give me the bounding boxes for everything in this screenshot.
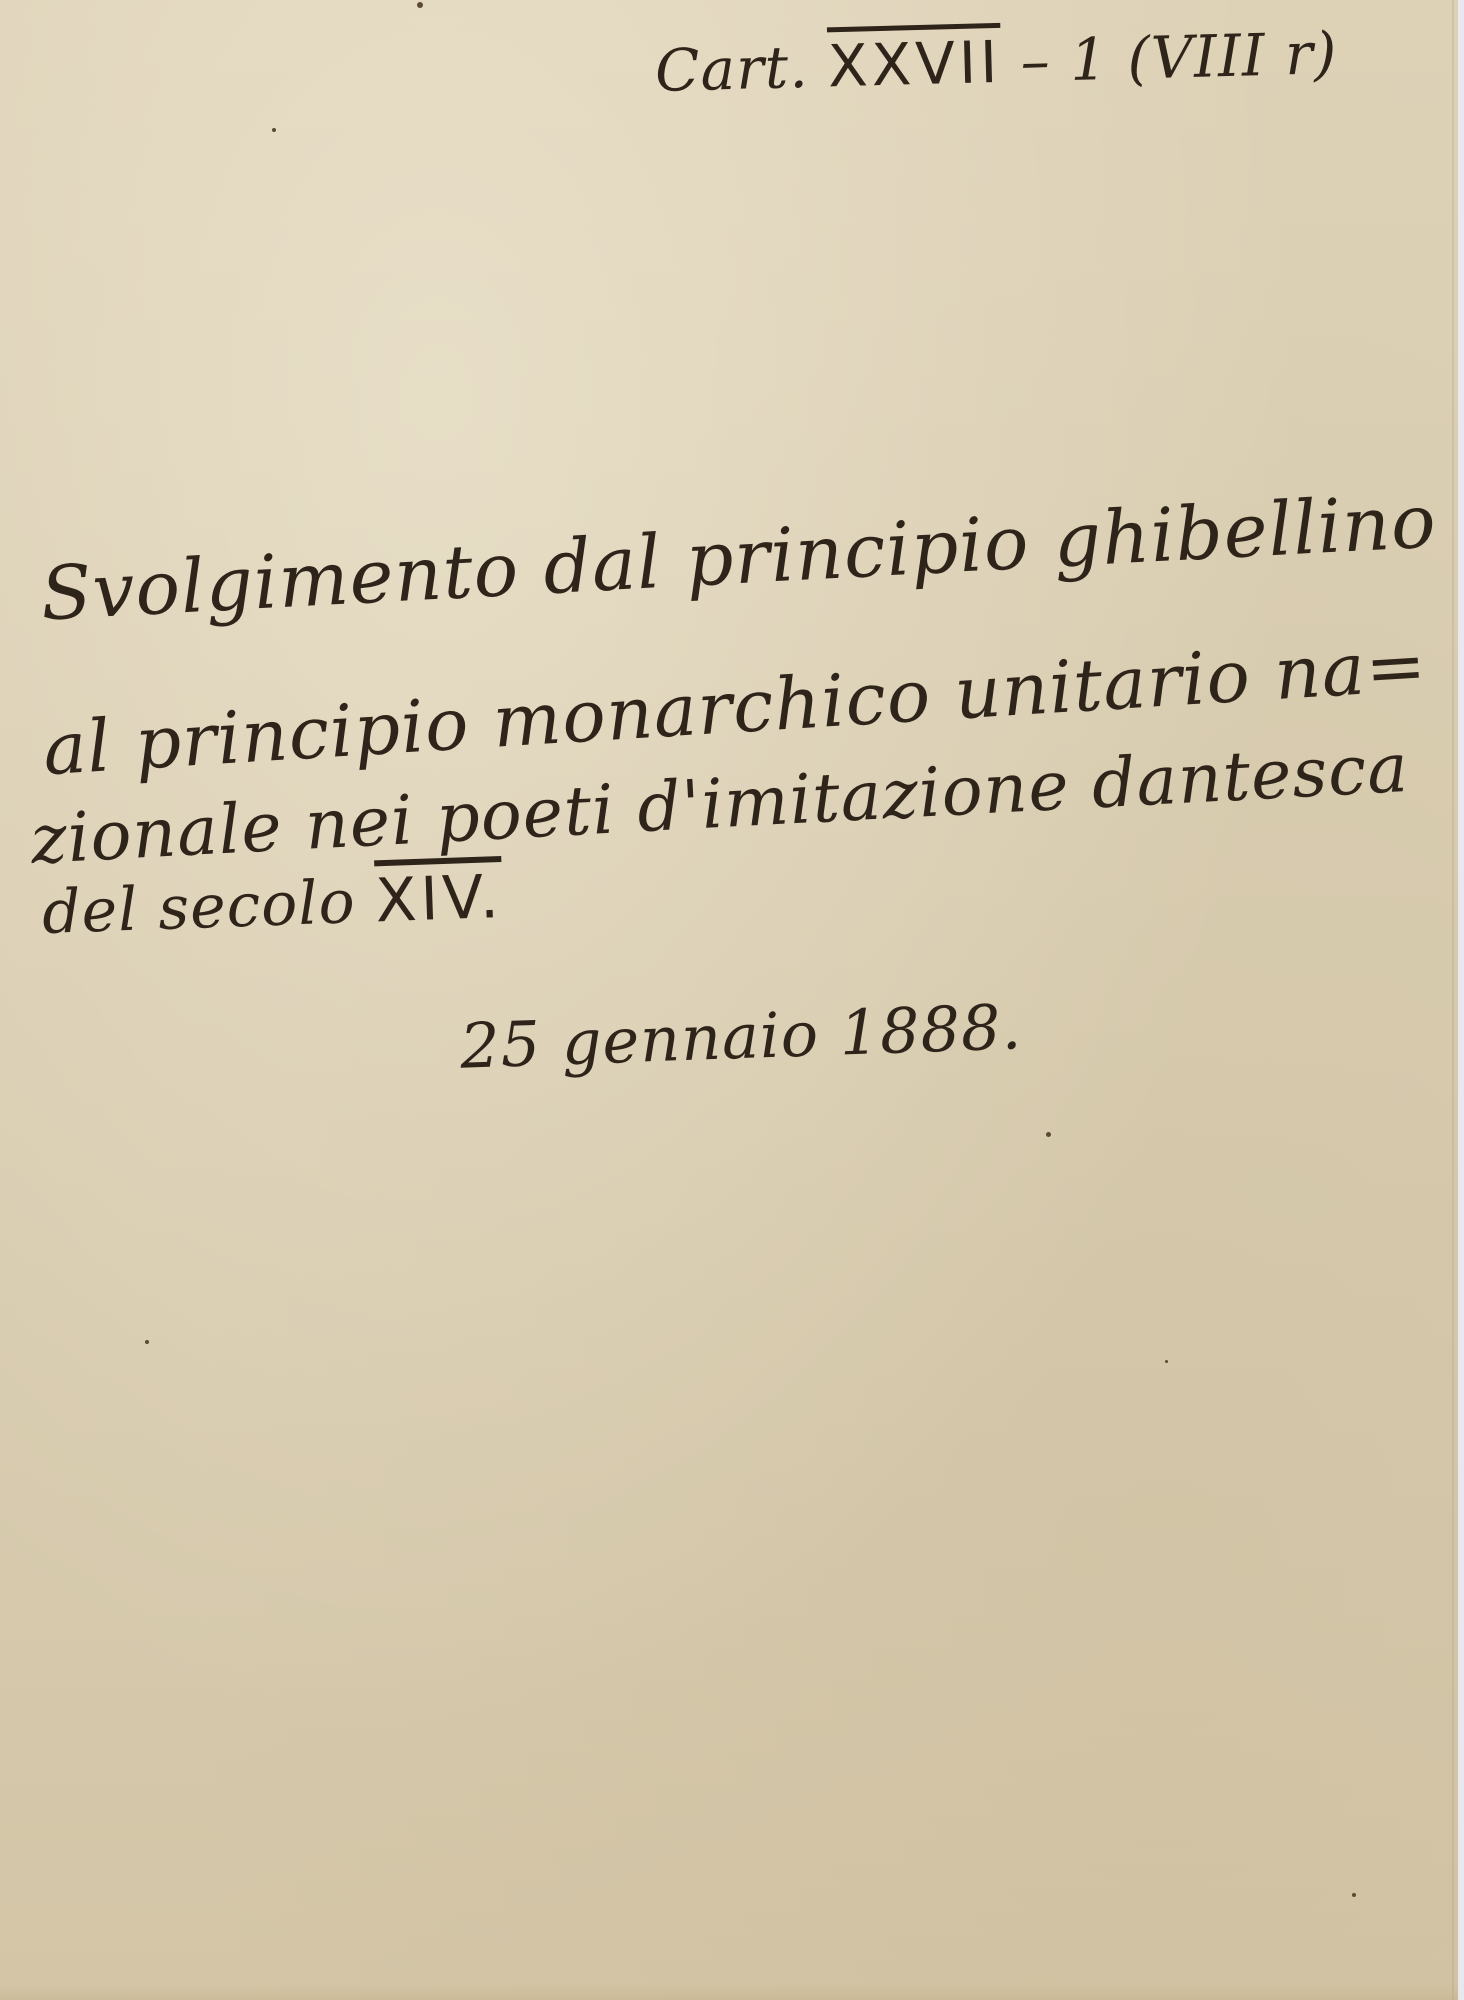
manuscript-page: Cart. XXVII – 1 (VIII r) Svolgimento dal… xyxy=(0,0,1458,2000)
paper-speck xyxy=(272,128,276,132)
shelfmark-prefix: Cart. xyxy=(654,33,809,105)
shelfmark-folio: (VIII r) xyxy=(1127,19,1339,92)
shelfmark-volume: XXVII xyxy=(827,28,1002,101)
shelfmark-item: 1 xyxy=(1069,25,1109,94)
paper-speck xyxy=(1352,1893,1356,1897)
paper-speck xyxy=(417,2,423,8)
archive-shelfmark: Cart. XXVII – 1 (VIII r) xyxy=(654,19,1338,105)
paper-speck xyxy=(145,1340,149,1344)
paper-speck xyxy=(1165,1360,1168,1363)
title-line-1: Svolgimento dal principio ghibellino xyxy=(39,478,1439,637)
title-line-4: del secolo XIV. xyxy=(41,862,504,948)
title-line-4-text: del secolo xyxy=(41,867,357,948)
document-date: 25 gennaio 1888. xyxy=(459,990,1023,1083)
paper-speck xyxy=(1046,1132,1051,1137)
century-numeral: XIV. xyxy=(374,862,504,936)
shelfmark-separator: – xyxy=(1020,27,1052,96)
page-edge xyxy=(1452,0,1454,2000)
